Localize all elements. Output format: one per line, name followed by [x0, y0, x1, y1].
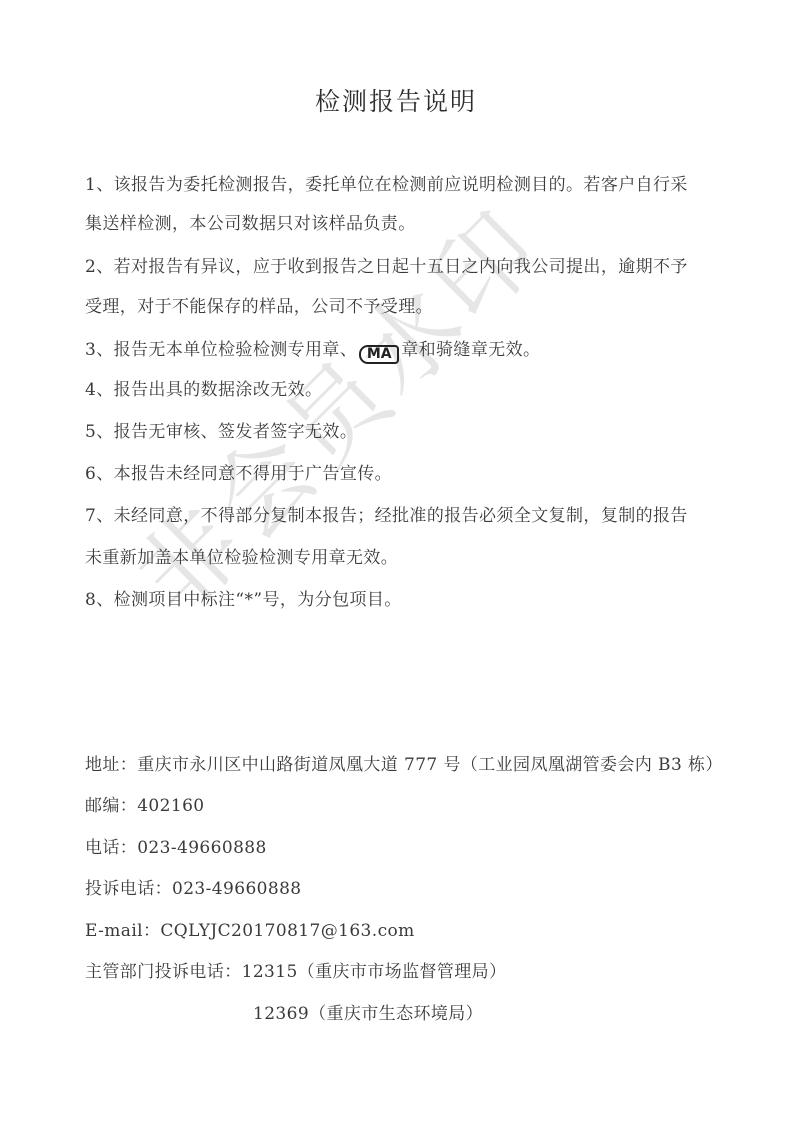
contact-authority-2: 12369（重庆市生态环境局）: [253, 1003, 483, 1025]
note-1-line-2: 集送样检测，本公司数据只对该样品负责。: [85, 213, 416, 235]
contact-email: E-mail：CQLYJC20170817@163.com: [85, 920, 415, 942]
note-3-prefix: 3、报告无本单位检验检测专用章、: [85, 340, 357, 360]
note-7-line-1: 7、未经同意，不得部分复制本报告；经批准的报告必须全文复制，复制的报告: [85, 505, 688, 527]
note-1-line-1: 1、该报告为委托检测报告，委托单位在检测前应说明检测目的。若客户自行采: [85, 174, 688, 196]
note-7-line-2: 未重新加盖本单位检验检测专用章无效。: [85, 547, 398, 569]
note-5: 5、报告无审核、签发者签字无效。: [85, 421, 357, 443]
contact-authority-1: 主管部门投诉电话：12315（重庆市市场监督管理局）: [85, 961, 506, 983]
note-3-suffix: 章和骑缝章无效。: [401, 340, 540, 360]
cma-badge-icon: MA: [359, 345, 399, 364]
contact-postcode: 邮编：402160: [85, 795, 205, 817]
note-6: 6、本报告未经同意不得用于广告宣传。: [85, 463, 392, 485]
contact-address: 地址：重庆市永川区中山路街道凤凰大道 777 号（工业园凤凰湖管委会内 B3 栋…: [85, 754, 723, 776]
page-title: 检测报告说明: [0, 82, 792, 118]
note-3: 3、报告无本单位检验检测专用章、MA章和骑缝章无效。: [85, 339, 540, 364]
contact-complaint-phone: 投诉电话：023-49660888: [85, 878, 302, 900]
note-8: 8、检测项目中标注“*”号，为分包项目。: [85, 589, 402, 611]
note-4: 4、报告出具的数据涂改无效。: [85, 379, 322, 401]
note-2-line-2: 受理，对于不能保存的样品，公司不予受理。: [85, 296, 433, 318]
note-2-line-1: 2、若对报告有异议，应于收到报告之日起十五日之内向我公司提出，逾期不予: [85, 256, 688, 278]
contact-phone: 电话：023-49660888: [85, 837, 267, 859]
